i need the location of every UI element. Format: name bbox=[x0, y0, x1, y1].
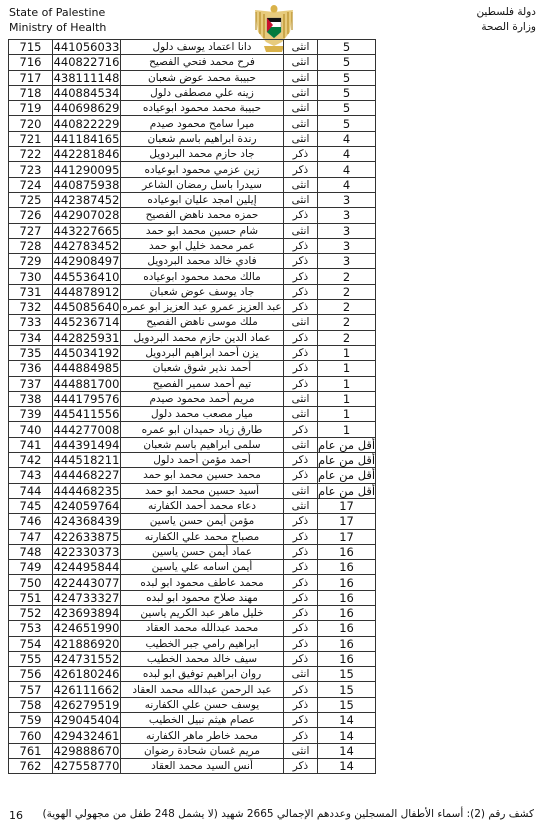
table-row: 715441056033دانا اعتماد يوسف دلولانثى5 bbox=[9, 40, 376, 55]
id-number-cell: 444884985 bbox=[53, 361, 121, 376]
child-name-cell: مالك محمد محمود ابوعياده bbox=[121, 269, 284, 284]
table-row: 738444179576مريم أحمد محمود صيدمانثى1 bbox=[9, 391, 376, 406]
gender-cell: ذكر bbox=[284, 345, 318, 360]
header-arabic: دولة فلسطين وزارة الصحة bbox=[476, 5, 536, 35]
table-row: 724440875938سيدرا باسل رمضان الشاعرانثى4 bbox=[9, 177, 376, 192]
state-name-arabic: دولة فلسطين bbox=[476, 5, 536, 20]
age-cell: أقل من عام bbox=[318, 468, 376, 483]
id-number-cell: 424731552 bbox=[53, 651, 121, 666]
child-name-cell: عماد الدين حازم محمد البردويل bbox=[121, 330, 284, 345]
id-number-cell: 445085640 bbox=[53, 300, 121, 315]
gender-cell: انثى bbox=[284, 498, 318, 513]
table-row: 746424368439مؤمن أيمن حسن ياسينذكر17 bbox=[9, 514, 376, 529]
gender-cell: ذكر bbox=[284, 468, 318, 483]
table-row: 751424733327مهند صلاح محمود ابو لبدهذكر1… bbox=[9, 590, 376, 605]
child-name-cell: فادي خالد محمد البردويل bbox=[121, 254, 284, 269]
age-cell: 2 bbox=[318, 284, 376, 299]
age-cell: 3 bbox=[318, 208, 376, 223]
table-row: 741444391494سلمى ابراهيم باسم شعبانانثىأ… bbox=[9, 437, 376, 452]
row-number-cell: 733 bbox=[9, 315, 53, 330]
table-row: 753424651990محمد عبدالله محمد العقادذكر1… bbox=[9, 621, 376, 636]
gender-cell: انثى bbox=[284, 85, 318, 100]
table-row: 745424059764دعاء محمد أحمد الكفارنهانثى1… bbox=[9, 498, 376, 513]
id-number-cell: 440822716 bbox=[53, 55, 121, 70]
gender-cell: انثى bbox=[284, 40, 318, 55]
child-name-cell: دعاء محمد أحمد الكفارنه bbox=[121, 498, 284, 513]
id-number-cell: 440698629 bbox=[53, 101, 121, 116]
child-name-cell: عماد أيمن حسن ياسين bbox=[121, 544, 284, 559]
row-number-cell: 732 bbox=[9, 300, 53, 315]
age-cell: 2 bbox=[318, 330, 376, 345]
child-name-cell: عبد الرحمن عبدالله محمد العقاد bbox=[121, 682, 284, 697]
age-cell: 5 bbox=[318, 116, 376, 131]
table-row: 740444277008طارق زياد حميدان ابو عمرهذكر… bbox=[9, 422, 376, 437]
table-row: 743444468227محمد حسين محمد ابو حمدذكرأقل… bbox=[9, 468, 376, 483]
row-number-cell: 716 bbox=[9, 55, 53, 70]
child-name-cell: عبد العزيز عمرو عبد العزيز ابو عمره bbox=[121, 300, 284, 315]
table-row: 748422330373عماد أيمن حسن ياسينذكر16 bbox=[9, 544, 376, 559]
table-row: 718440884534زينه علي مصطفى دلولانثى5 bbox=[9, 85, 376, 100]
id-number-cell: 441184165 bbox=[53, 131, 121, 146]
gender-cell: ذكر bbox=[284, 636, 318, 651]
table-row: 725442387452إيلين امجد عليان ابوعيادهانث… bbox=[9, 192, 376, 207]
table-row: 756426180246روان ابراهيم توفيق ابو لبدها… bbox=[9, 667, 376, 682]
row-number-cell: 729 bbox=[9, 254, 53, 269]
table-row: 734442825931عماد الدين حازم محمد البردوي… bbox=[9, 330, 376, 345]
page-number: 16 bbox=[9, 809, 23, 822]
row-number-cell: 737 bbox=[9, 376, 53, 391]
age-cell: 17 bbox=[318, 514, 376, 529]
gender-cell: ذكر bbox=[284, 621, 318, 636]
table-row: 758426279519يوسف حسن علي الكفارنهذكر15 bbox=[9, 697, 376, 712]
table-row: 717438111148حبيبة محمد عوض شعبانانثى5 bbox=[9, 70, 376, 85]
table-row: 730445536410مالك محمد محمود ابوعيادهذكر2 bbox=[9, 269, 376, 284]
age-cell: 17 bbox=[318, 498, 376, 513]
age-cell: 1 bbox=[318, 407, 376, 422]
table-row: 762427558770أنس السيد محمد العقادذكر14 bbox=[9, 758, 376, 773]
gender-cell: انثى bbox=[284, 55, 318, 70]
age-cell: 5 bbox=[318, 70, 376, 85]
age-cell: 16 bbox=[318, 621, 376, 636]
gender-cell: ذكر bbox=[284, 269, 318, 284]
child-name-cell: يزن أحمد ابراهيم البردويل bbox=[121, 345, 284, 360]
table-row: 744444468235أسيد حسين محمد ابو حمدانثىأق… bbox=[9, 483, 376, 498]
child-name-cell: إيلين امجد عليان ابوعياده bbox=[121, 192, 284, 207]
age-cell: 16 bbox=[318, 575, 376, 590]
id-number-cell: 438111148 bbox=[53, 70, 121, 85]
row-number-cell: 718 bbox=[9, 85, 53, 100]
row-number-cell: 728 bbox=[9, 238, 53, 253]
child-name-cell: ابراهيم رامي جبر الخطيب bbox=[121, 636, 284, 651]
child-name-cell: شام حسين محمد ابو حمد bbox=[121, 223, 284, 238]
age-cell: 15 bbox=[318, 682, 376, 697]
child-name-cell: روان ابراهيم توفيق ابو لبده bbox=[121, 667, 284, 682]
id-number-cell: 424733327 bbox=[53, 590, 121, 605]
id-number-cell: 440822229 bbox=[53, 116, 121, 131]
child-name-cell: زين عزمي محمود ابوعياده bbox=[121, 162, 284, 177]
gender-cell: ذكر bbox=[284, 147, 318, 162]
gender-cell: ذكر bbox=[284, 300, 318, 315]
row-number-cell: 761 bbox=[9, 743, 53, 758]
row-number-cell: 738 bbox=[9, 391, 53, 406]
table-row: 731444878912جاد يوسف عوض شعبانذكر2 bbox=[9, 284, 376, 299]
id-number-cell: 444391494 bbox=[53, 437, 121, 452]
child-name-cell: مؤمن أيمن حسن ياسين bbox=[121, 514, 284, 529]
age-cell: 14 bbox=[318, 743, 376, 758]
table-row: 726442907028حمزه محمد ناهض الفصيحذكر3 bbox=[9, 208, 376, 223]
row-number-cell: 750 bbox=[9, 575, 53, 590]
age-cell: 3 bbox=[318, 192, 376, 207]
age-cell: 16 bbox=[318, 544, 376, 559]
row-number-cell: 720 bbox=[9, 116, 53, 131]
id-number-cell: 444179576 bbox=[53, 391, 121, 406]
document-caption: كشف رقم (2): أسماء الأطفال المسجلين وعدد… bbox=[43, 808, 535, 820]
gender-cell: ذكر bbox=[284, 514, 318, 529]
age-cell: 14 bbox=[318, 713, 376, 728]
row-number-cell: 755 bbox=[9, 651, 53, 666]
id-number-cell: 421886920 bbox=[53, 636, 121, 651]
row-number-cell: 753 bbox=[9, 621, 53, 636]
child-name-cell: محمد خاطر ماهر الكفارنه bbox=[121, 728, 284, 743]
age-cell: 3 bbox=[318, 254, 376, 269]
gender-cell: ذكر bbox=[284, 713, 318, 728]
table-row: 736444884985أحمد نذير شوق شعبانذكر1 bbox=[9, 361, 376, 376]
row-number-cell: 722 bbox=[9, 147, 53, 162]
id-number-cell: 442281846 bbox=[53, 147, 121, 162]
age-cell: 2 bbox=[318, 300, 376, 315]
id-number-cell: 426180246 bbox=[53, 667, 121, 682]
gender-cell: ذكر bbox=[284, 453, 318, 468]
id-number-cell: 422330373 bbox=[53, 544, 121, 559]
table-row: 729442908497فادي خالد محمد البردويلذكر3 bbox=[9, 254, 376, 269]
id-number-cell: 445536410 bbox=[53, 269, 121, 284]
table-row: 761429888670مريم غسان شحادة رضوانانثى14 bbox=[9, 743, 376, 758]
row-number-cell: 736 bbox=[9, 361, 53, 376]
id-number-cell: 442783452 bbox=[53, 238, 121, 253]
table-row: 749424495844أيمن اسامه علي ياسينذكر16 bbox=[9, 560, 376, 575]
table-row: 737444881700تيم أحمد سمير الفصيحذكر1 bbox=[9, 376, 376, 391]
age-cell: 2 bbox=[318, 315, 376, 330]
age-cell: 1 bbox=[318, 345, 376, 360]
table-row: 739445411556ميار مصعب محمد دلولانثى1 bbox=[9, 407, 376, 422]
id-number-cell: 427558770 bbox=[53, 758, 121, 773]
child-name-cell: محمد عبدالله محمد العقاد bbox=[121, 621, 284, 636]
child-name-cell: سلمى ابراهيم باسم شعبان bbox=[121, 437, 284, 452]
child-name-cell: مريم أحمد محمود صيدم bbox=[121, 391, 284, 406]
id-number-cell: 444468227 bbox=[53, 468, 121, 483]
row-number-cell: 719 bbox=[9, 101, 53, 116]
age-cell: 4 bbox=[318, 131, 376, 146]
age-cell: 1 bbox=[318, 361, 376, 376]
gender-cell: ذكر bbox=[284, 590, 318, 605]
child-name-cell: حبيبة محمد عوض شعبان bbox=[121, 70, 284, 85]
row-number-cell: 730 bbox=[9, 269, 53, 284]
id-number-cell: 429432461 bbox=[53, 728, 121, 743]
row-number-cell: 748 bbox=[9, 544, 53, 559]
gender-cell: انثى bbox=[284, 177, 318, 192]
child-name-cell: أسيد حسين محمد ابو حمد bbox=[121, 483, 284, 498]
id-number-cell: 444881700 bbox=[53, 376, 121, 391]
id-number-cell: 422633875 bbox=[53, 529, 121, 544]
gender-cell: انثى bbox=[284, 315, 318, 330]
row-number-cell: 740 bbox=[9, 422, 53, 437]
id-number-cell: 426279519 bbox=[53, 697, 121, 712]
child-name-cell: ملك موسى ناهض الفصيح bbox=[121, 315, 284, 330]
id-number-cell: 445411556 bbox=[53, 407, 121, 422]
child-name-cell: فرح محمد فتحي الفصيح bbox=[121, 55, 284, 70]
roster-body: 715441056033دانا اعتماد يوسف دلولانثى571… bbox=[9, 40, 376, 774]
age-cell: 17 bbox=[318, 529, 376, 544]
age-cell: 1 bbox=[318, 391, 376, 406]
row-number-cell: 746 bbox=[9, 514, 53, 529]
row-number-cell: 752 bbox=[9, 605, 53, 620]
gender-cell: ذكر bbox=[284, 284, 318, 299]
gender-cell: ذكر bbox=[284, 238, 318, 253]
gender-cell: انثى bbox=[284, 407, 318, 422]
age-cell: 1 bbox=[318, 422, 376, 437]
row-number-cell: 724 bbox=[9, 177, 53, 192]
row-number-cell: 744 bbox=[9, 483, 53, 498]
table-row: 721441184165رندة ابراهيم باسم شعبانانثى4 bbox=[9, 131, 376, 146]
row-number-cell: 715 bbox=[9, 40, 53, 55]
age-cell: 16 bbox=[318, 605, 376, 620]
gender-cell: ذكر bbox=[284, 330, 318, 345]
child-name-cell: محمد حسين محمد ابو حمد bbox=[121, 468, 284, 483]
id-number-cell: 445034192 bbox=[53, 345, 121, 360]
gender-cell: ذكر bbox=[284, 254, 318, 269]
row-number-cell: 760 bbox=[9, 728, 53, 743]
gender-cell: ذكر bbox=[284, 697, 318, 712]
row-number-cell: 762 bbox=[9, 758, 53, 773]
age-cell: أقل من عام bbox=[318, 437, 376, 452]
id-number-cell: 440875938 bbox=[53, 177, 121, 192]
id-number-cell: 440884534 bbox=[53, 85, 121, 100]
gender-cell: انثى bbox=[284, 101, 318, 116]
row-number-cell: 717 bbox=[9, 70, 53, 85]
children-roster-table: 715441056033دانا اعتماد يوسف دلولانثى571… bbox=[8, 39, 376, 774]
id-number-cell: 423693894 bbox=[53, 605, 121, 620]
child-name-cell: محمد عاطف محمود ابو لبده bbox=[121, 575, 284, 590]
table-row: 754421886920ابراهيم رامي جبر الخطيبذكر16 bbox=[9, 636, 376, 651]
child-name-cell: جاد حازم محمد البردويل bbox=[121, 147, 284, 162]
gender-cell: انثى bbox=[284, 667, 318, 682]
table-row: 755424731552سيف خالد محمد الخطيبذكر16 bbox=[9, 651, 376, 666]
age-cell: أقل من عام bbox=[318, 483, 376, 498]
id-number-cell: 442825931 bbox=[53, 330, 121, 345]
age-cell: 3 bbox=[318, 223, 376, 238]
row-number-cell: 731 bbox=[9, 284, 53, 299]
row-number-cell: 725 bbox=[9, 192, 53, 207]
child-name-cell: جاد يوسف عوض شعبان bbox=[121, 284, 284, 299]
row-number-cell: 745 bbox=[9, 498, 53, 513]
table-row: 747422633875مصباح محمد علي الكفارنهذكر17 bbox=[9, 529, 376, 544]
table-row: 742444518211أحمد مؤمن أحمد دلولذكرأقل من… bbox=[9, 453, 376, 468]
table-row: 750422443077محمد عاطف محمود ابو لبدهذكر1… bbox=[9, 575, 376, 590]
table-row: 760429432461محمد خاطر ماهر الكفارنهذكر14 bbox=[9, 728, 376, 743]
gender-cell: ذكر bbox=[284, 361, 318, 376]
child-name-cell: مصباح محمد علي الكفارنه bbox=[121, 529, 284, 544]
id-number-cell: 443227665 bbox=[53, 223, 121, 238]
row-number-cell: 734 bbox=[9, 330, 53, 345]
row-number-cell: 721 bbox=[9, 131, 53, 146]
age-cell: 16 bbox=[318, 590, 376, 605]
age-cell: 4 bbox=[318, 162, 376, 177]
gender-cell: انثى bbox=[284, 391, 318, 406]
id-number-cell: 424651990 bbox=[53, 621, 121, 636]
id-number-cell: 441056033 bbox=[53, 40, 121, 55]
state-name: State of Palestine bbox=[9, 5, 106, 20]
child-name-cell: ميار مصعب محمد دلول bbox=[121, 407, 284, 422]
gender-cell: انثى bbox=[284, 116, 318, 131]
id-number-cell: 429888670 bbox=[53, 743, 121, 758]
table-row: 735445034192يزن أحمد ابراهيم البردويلذكر… bbox=[9, 345, 376, 360]
id-number-cell: 442387452 bbox=[53, 192, 121, 207]
table-row: 759429045404عصام هيثم نبيل الخطيبذكر14 bbox=[9, 713, 376, 728]
gender-cell: ذكر bbox=[284, 758, 318, 773]
gender-cell: انثى bbox=[284, 483, 318, 498]
child-name-cell: خليل ماهر عبد الكريم ياسين bbox=[121, 605, 284, 620]
age-cell: أقل من عام bbox=[318, 453, 376, 468]
gender-cell: ذكر bbox=[284, 728, 318, 743]
age-cell: 16 bbox=[318, 636, 376, 651]
id-number-cell: 442907028 bbox=[53, 208, 121, 223]
gender-cell: ذكر bbox=[284, 376, 318, 391]
id-number-cell: 444878912 bbox=[53, 284, 121, 299]
age-cell: 3 bbox=[318, 238, 376, 253]
row-number-cell: 727 bbox=[9, 223, 53, 238]
age-cell: 15 bbox=[318, 667, 376, 682]
age-cell: 14 bbox=[318, 728, 376, 743]
age-cell: 4 bbox=[318, 147, 376, 162]
gender-cell: ذكر bbox=[284, 422, 318, 437]
child-name-cell: تيم أحمد سمير الفصيح bbox=[121, 376, 284, 391]
child-name-cell: رندة ابراهيم باسم شعبان bbox=[121, 131, 284, 146]
table-row: 727443227665شام حسين محمد ابو حمدانثى3 bbox=[9, 223, 376, 238]
gender-cell: انثى bbox=[284, 437, 318, 452]
table-row: 752423693894خليل ماهر عبد الكريم ياسينذك… bbox=[9, 605, 376, 620]
gender-cell: انثى bbox=[284, 131, 318, 146]
table-row: 732445085640عبد العزيز عمرو عبد العزيز ا… bbox=[9, 300, 376, 315]
id-number-cell: 426111662 bbox=[53, 682, 121, 697]
child-name-cell: حبيبة محمد محمود ابوعياده bbox=[121, 101, 284, 116]
row-number-cell: 747 bbox=[9, 529, 53, 544]
gender-cell: ذكر bbox=[284, 651, 318, 666]
gender-cell: ذكر bbox=[284, 575, 318, 590]
child-name-cell: أنس السيد محمد العقاد bbox=[121, 758, 284, 773]
id-number-cell: 429045404 bbox=[53, 713, 121, 728]
header-english: State of Palestine Ministry of Health bbox=[9, 5, 106, 35]
gender-cell: انثى bbox=[284, 192, 318, 207]
row-number-cell: 741 bbox=[9, 437, 53, 452]
child-name-cell: مهند صلاح محمود ابو لبده bbox=[121, 590, 284, 605]
age-cell: 5 bbox=[318, 85, 376, 100]
row-number-cell: 742 bbox=[9, 453, 53, 468]
gender-cell: انثى bbox=[284, 223, 318, 238]
id-number-cell: 441290095 bbox=[53, 162, 121, 177]
child-name-cell: زينه علي مصطفى دلول bbox=[121, 85, 284, 100]
id-number-cell: 422443077 bbox=[53, 575, 121, 590]
age-cell: 15 bbox=[318, 697, 376, 712]
age-cell: 5 bbox=[318, 55, 376, 70]
table-row: 716440822716فرح محمد فتحي الفصيحانثى5 bbox=[9, 55, 376, 70]
child-name-cell: يوسف حسن علي الكفارنه bbox=[121, 697, 284, 712]
id-number-cell: 444468235 bbox=[53, 483, 121, 498]
gender-cell: ذكر bbox=[284, 208, 318, 223]
gender-cell: ذكر bbox=[284, 544, 318, 559]
row-number-cell: 723 bbox=[9, 162, 53, 177]
child-name-cell: حمزه محمد ناهض الفصيح bbox=[121, 208, 284, 223]
table-row: 722442281846جاد حازم محمد البردويلذكر4 bbox=[9, 147, 376, 162]
table-row: 720440822229ميرا سامح محمود صيدمانثى5 bbox=[9, 116, 376, 131]
child-name-cell: ميرا سامح محمود صيدم bbox=[121, 116, 284, 131]
age-cell: 16 bbox=[318, 560, 376, 575]
gender-cell: ذكر bbox=[284, 682, 318, 697]
age-cell: 16 bbox=[318, 651, 376, 666]
gender-cell: انثى bbox=[284, 70, 318, 85]
ministry-name: Ministry of Health bbox=[9, 20, 106, 35]
row-number-cell: 756 bbox=[9, 667, 53, 682]
gender-cell: انثى bbox=[284, 743, 318, 758]
row-number-cell: 735 bbox=[9, 345, 53, 360]
row-number-cell: 759 bbox=[9, 713, 53, 728]
id-number-cell: 424495844 bbox=[53, 560, 121, 575]
child-name-cell: عمر محمد خليل ابو حمد bbox=[121, 238, 284, 253]
id-number-cell: 442908497 bbox=[53, 254, 121, 269]
age-cell: 14 bbox=[318, 758, 376, 773]
row-number-cell: 758 bbox=[9, 697, 53, 712]
age-cell: 2 bbox=[318, 269, 376, 284]
id-number-cell: 424059764 bbox=[53, 498, 121, 513]
table-row: 733445236714ملك موسى ناهض الفصيحانثى2 bbox=[9, 315, 376, 330]
gender-cell: ذكر bbox=[284, 560, 318, 575]
child-name-cell: عصام هيثم نبيل الخطيب bbox=[121, 713, 284, 728]
id-number-cell: 444518211 bbox=[53, 453, 121, 468]
table-row: 719440698629حبيبة محمد محمود ابوعيادهانث… bbox=[9, 101, 376, 116]
child-name-cell: أيمن اسامه علي ياسين bbox=[121, 560, 284, 575]
child-name-cell: دانا اعتماد يوسف دلول bbox=[121, 40, 284, 55]
child-name-cell: سيدرا باسل رمضان الشاعر bbox=[121, 177, 284, 192]
child-name-cell: طارق زياد حميدان ابو عمره bbox=[121, 422, 284, 437]
table-row: 757426111662عبد الرحمن عبدالله محمد العق… bbox=[9, 682, 376, 697]
age-cell: 5 bbox=[318, 40, 376, 55]
child-name-cell: مريم غسان شحادة رضوان bbox=[121, 743, 284, 758]
age-cell: 1 bbox=[318, 376, 376, 391]
gender-cell: ذكر bbox=[284, 605, 318, 620]
row-number-cell: 757 bbox=[9, 682, 53, 697]
age-cell: 5 bbox=[318, 101, 376, 116]
row-number-cell: 751 bbox=[9, 590, 53, 605]
table-row: 728442783452عمر محمد خليل ابو حمدذكر3 bbox=[9, 238, 376, 253]
gender-cell: ذكر bbox=[284, 529, 318, 544]
age-cell: 4 bbox=[318, 177, 376, 192]
id-number-cell: 424368439 bbox=[53, 514, 121, 529]
row-number-cell: 749 bbox=[9, 560, 53, 575]
table-row: 723441290095زين عزمي محمود ابوعيادهذكر4 bbox=[9, 162, 376, 177]
id-number-cell: 444277008 bbox=[53, 422, 121, 437]
ministry-name-arabic: وزارة الصحة bbox=[476, 20, 536, 35]
id-number-cell: 445236714 bbox=[53, 315, 121, 330]
row-number-cell: 743 bbox=[9, 468, 53, 483]
child-name-cell: سيف خالد محمد الخطيب bbox=[121, 651, 284, 666]
row-number-cell: 726 bbox=[9, 208, 53, 223]
child-name-cell: أحمد نذير شوق شعبان bbox=[121, 361, 284, 376]
row-number-cell: 739 bbox=[9, 407, 53, 422]
row-number-cell: 754 bbox=[9, 636, 53, 651]
child-name-cell: أحمد مؤمن أحمد دلول bbox=[121, 453, 284, 468]
gender-cell: ذكر bbox=[284, 162, 318, 177]
